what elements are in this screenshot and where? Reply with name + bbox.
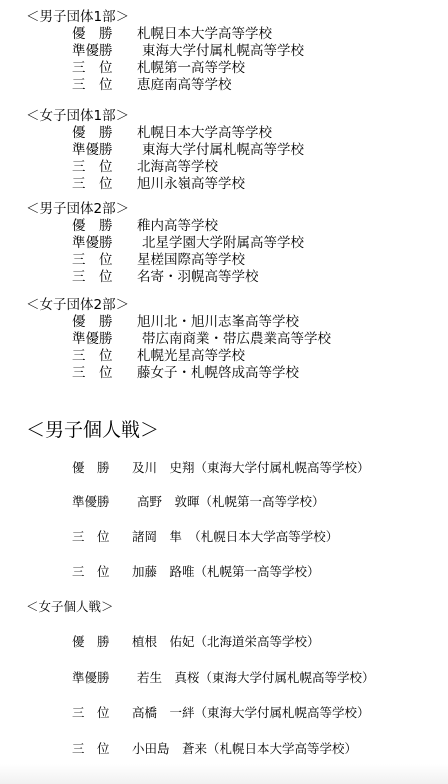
- rank-label: 準優勝: [72, 235, 113, 252]
- rank-label: 三 位: [72, 252, 113, 269]
- rank-label: 三 位: [72, 159, 113, 176]
- rank-label: 三 位: [72, 365, 113, 382]
- school-name: 帯広南商業・帯広農業高等学校: [142, 331, 331, 348]
- school-name: 東海大学付属札幌高等学校: [142, 43, 304, 60]
- school-name: 札幌光星高等学校: [137, 348, 245, 365]
- rank-label: 三 位: [72, 529, 110, 545]
- result-row: 三 位 名寄・羽幌高等学校: [26, 269, 446, 286]
- result-row: 三 位 札幌光星高等学校: [26, 348, 446, 365]
- rank-label: 三 位: [72, 77, 113, 94]
- result-row: 三 位 加藤 路唯（札幌第一高等学校）: [72, 564, 448, 580]
- result-row: 優 勝 稚内高等学校: [26, 218, 446, 235]
- rank-label: 優 勝: [72, 125, 113, 142]
- school-name: 旭川北・旭川志峯高等学校: [137, 314, 299, 331]
- school-name: 北星学園大学附属高等学校: [142, 235, 304, 252]
- result-row: 三 位 旭川永嶺高等学校: [26, 176, 446, 193]
- rank-label: 準優勝: [72, 670, 110, 686]
- player-name: 加藤 路唯（札幌第一高等学校）: [132, 564, 320, 580]
- result-row: 三 位 星槎国際高等学校: [26, 252, 446, 269]
- school-name: 札幌日本大学高等学校: [137, 125, 272, 142]
- result-row: 準優勝 若生 真桜（東海大学付属札幌高等学校）: [72, 670, 448, 686]
- school-name: 東海大学付属札幌高等学校: [142, 142, 304, 159]
- player-name: 諸岡 隼 （札幌日本大学高等学校）: [132, 529, 338, 545]
- rank-label: 準優勝: [72, 331, 113, 348]
- rank-label: 三 位: [72, 705, 110, 721]
- school-name: 北海高等学校: [137, 159, 218, 176]
- school-name: 星槎国際高等学校: [137, 252, 245, 269]
- result-row: 優 勝 札幌日本大学高等学校: [26, 125, 446, 142]
- rank-label: 優 勝: [72, 218, 113, 235]
- rank-label: 三 位: [72, 348, 113, 365]
- result-row: 三 位 恵庭南高等学校: [26, 77, 446, 94]
- rank-label: 優 勝: [72, 460, 110, 476]
- rank-label: 優 勝: [72, 314, 113, 331]
- rank-label: 三 位: [72, 176, 113, 193]
- mens-team-div1-section: ＜男子団体1部＞ 優 勝 札幌日本大学高等学校 準優勝 東海大学付属札幌高等学校…: [26, 9, 446, 94]
- section-header: ＜男子団体2部＞: [26, 201, 446, 218]
- result-row: 準優勝 東海大学付属札幌高等学校: [26, 142, 446, 159]
- result-row: 準優勝 東海大学付属札幌高等学校: [26, 43, 446, 60]
- womens-team-div2-section: ＜女子団体2部＞ 優 勝 旭川北・旭川志峯高等学校 準優勝 帯広南商業・帯広農業…: [26, 297, 446, 382]
- section-header: ＜男子団体1部＞: [26, 9, 446, 26]
- player-name: 小田島 蒼来（札幌日本大学高等学校）: [132, 741, 357, 757]
- section-header: ＜女子団体1部＞: [26, 108, 446, 125]
- player-name: 若生 真桜（東海大学付属札幌高等学校）: [137, 670, 375, 686]
- womens-team-div1-section: ＜女子団体1部＞ 優 勝 札幌日本大学高等学校 準優勝 東海大学付属札幌高等学校…: [26, 108, 446, 193]
- result-row: 三 位 北海高等学校: [26, 159, 446, 176]
- school-name: 稚内高等学校: [137, 218, 218, 235]
- school-name: 藤女子・札幌啓成高等学校: [137, 365, 299, 382]
- rank-label: 三 位: [72, 741, 110, 757]
- rank-label: 三 位: [72, 564, 110, 580]
- result-row: 優 勝 旭川北・旭川志峯高等学校: [26, 314, 446, 331]
- section-header: ＜女子団体2部＞: [26, 297, 446, 314]
- rank-label: 三 位: [72, 269, 113, 286]
- womens-individual-header: ＜女子個人戦＞: [26, 599, 114, 615]
- result-row: 三 位 札幌第一高等学校: [26, 60, 446, 77]
- mens-individual-header: ＜男子個人戦＞: [26, 418, 159, 442]
- rank-label: 準優勝: [72, 142, 113, 159]
- result-row: 三 位 藤女子・札幌啓成高等学校: [26, 365, 446, 382]
- rank-label: 優 勝: [72, 26, 113, 43]
- result-row: 準優勝 帯広南商業・帯広農業高等学校: [26, 331, 446, 348]
- mens-team-div2-section: ＜男子団体2部＞ 優 勝 稚内高等学校 準優勝 北星学園大学附属高等学校 三 位…: [26, 201, 446, 286]
- result-row: 三 位 高橋 一絆（東海大学付属札幌高等学校）: [72, 705, 448, 721]
- school-name: 旭川永嶺高等学校: [137, 176, 245, 193]
- school-name: 恵庭南高等学校: [137, 77, 232, 94]
- rank-label: 準優勝: [72, 494, 110, 510]
- bottom-fade: [0, 764, 448, 784]
- school-name: 札幌日本大学高等学校: [137, 26, 272, 43]
- result-row: 優 勝 植根 佑妃（北海道栄高等学校）: [72, 634, 448, 650]
- school-name: 名寄・羽幌高等学校: [137, 269, 259, 286]
- rank-label: 優 勝: [72, 634, 110, 650]
- result-row: 優 勝 及川 史翔（東海大学付属札幌高等学校）: [72, 460, 448, 476]
- player-name: 植根 佑妃（北海道栄高等学校）: [132, 634, 320, 650]
- results-document: ＜男子団体1部＞ 優 勝 札幌日本大学高等学校 準優勝 東海大学付属札幌高等学校…: [0, 0, 448, 784]
- school-name: 札幌第一高等学校: [137, 60, 245, 77]
- result-row: 準優勝 高野 敦暉（札幌第一高等学校）: [72, 494, 448, 510]
- player-name: 高野 敦暉（札幌第一高等学校）: [137, 494, 325, 510]
- result-row: 準優勝 北星学園大学附属高等学校: [26, 235, 446, 252]
- rank-label: 三 位: [72, 60, 113, 77]
- player-name: 高橋 一絆（東海大学付属札幌高等学校）: [132, 705, 370, 721]
- result-row: 優 勝 札幌日本大学高等学校: [26, 26, 446, 43]
- player-name: 及川 史翔（東海大学付属札幌高等学校）: [132, 460, 370, 476]
- result-row: 三 位 諸岡 隼 （札幌日本大学高等学校）: [72, 529, 448, 545]
- result-row: 三 位 小田島 蒼来（札幌日本大学高等学校）: [72, 741, 448, 757]
- rank-label: 準優勝: [72, 43, 113, 60]
